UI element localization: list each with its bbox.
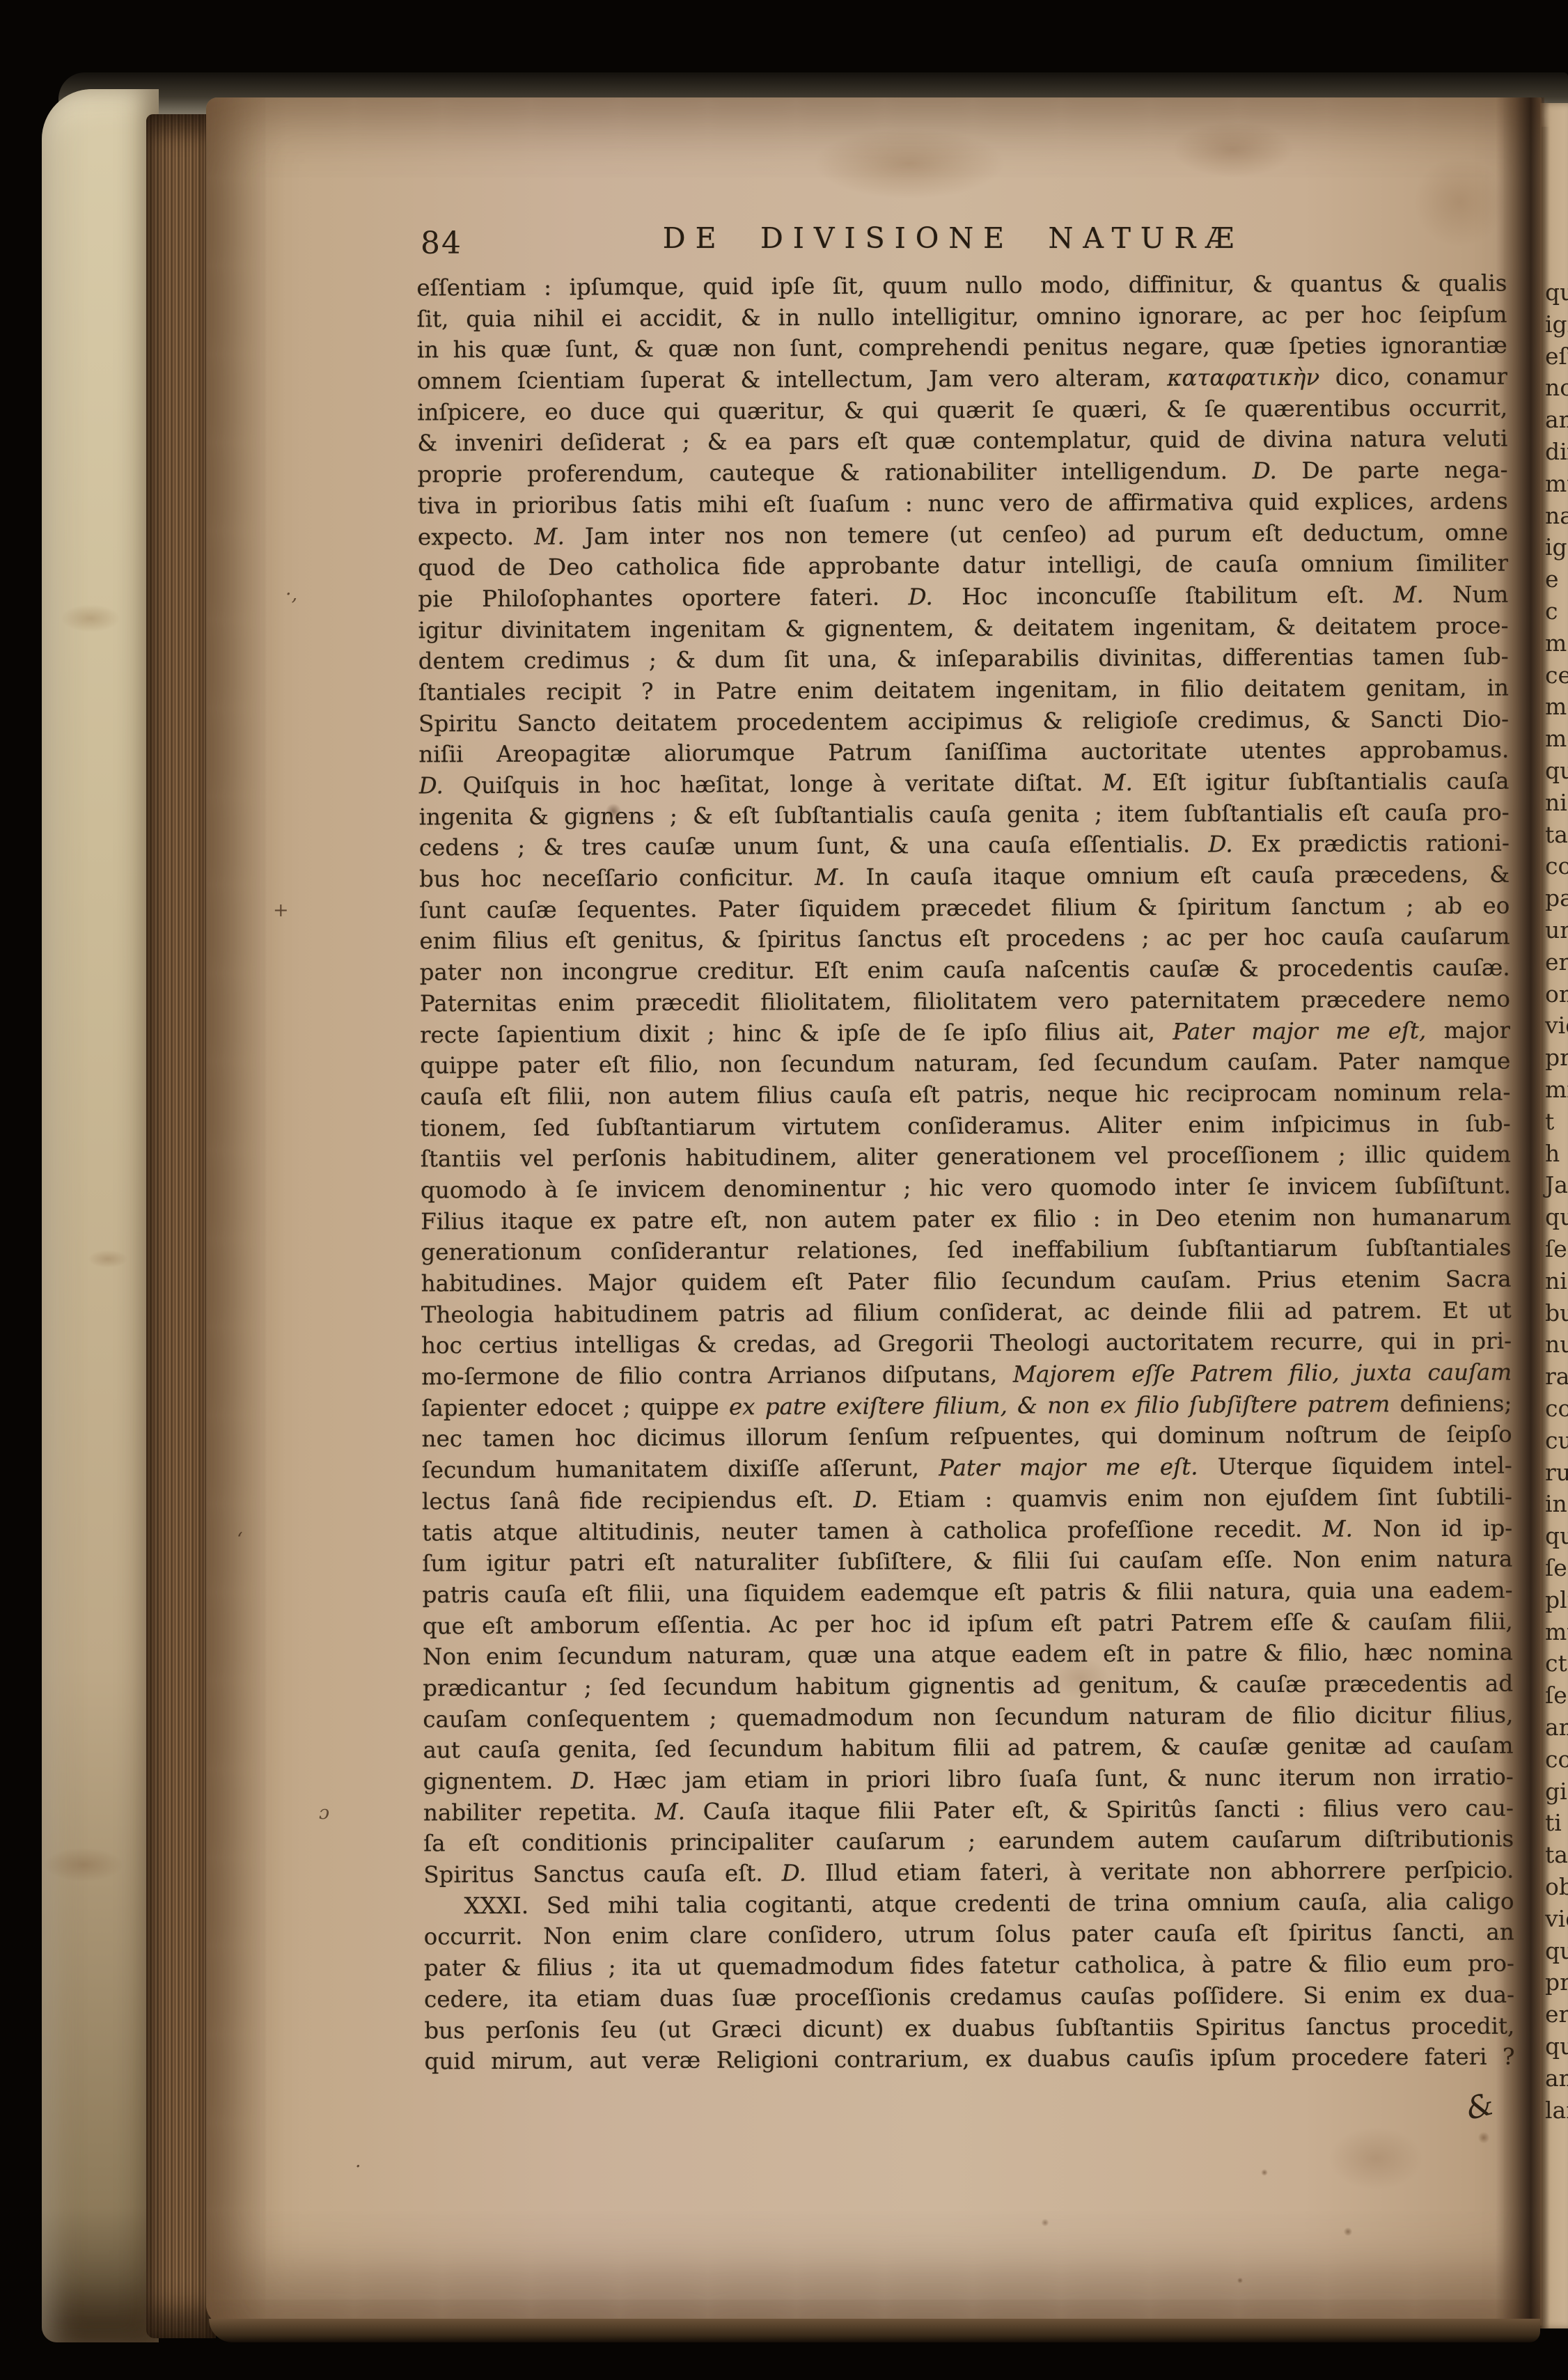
next-page-text-fragment: ig <box>1545 533 1568 561</box>
text-line: proprie proferendum, cauteque & rationab… <box>417 455 1507 491</box>
text-line: hoc certius intelligas & credas, ad Greg… <box>421 1326 1512 1362</box>
text-line: in his quæ ſunt, & quæ non ſunt, compreh… <box>417 330 1507 366</box>
text-line: & inveniri deſiderat ; & ea pars eſt quæ… <box>417 423 1507 460</box>
text-line: igitur divinitatem ingenitam & gignentem… <box>418 610 1508 646</box>
text-line: Spiritu Sancto deitatem procedentem acci… <box>418 703 1509 739</box>
text-line: ſa eſt conditionis principaliter cauſaru… <box>423 1824 1514 1860</box>
text-line: mo-ſermone de filio contra Arrianos diſp… <box>421 1357 1512 1393</box>
next-page-text-fragment: h <box>1545 1140 1568 1167</box>
gutter-fold-shadow <box>1496 97 1544 2326</box>
next-page-text-fragment: t <box>1545 1108 1568 1135</box>
next-page-text-fragment: ere <box>1545 2001 1568 2028</box>
text-line: prædicantur ; ſed ſecundum habitum gigne… <box>423 1668 1513 1705</box>
text-line: ſum igitur patri eſt naturaliter ſubſiſt… <box>422 1544 1512 1580</box>
book-photo: 84 DE DIVISIONE NATURÆ eſſentiam : ipſum… <box>0 0 1568 2380</box>
text-line: ſtantiis vel perſonis habitudinem, alite… <box>421 1139 1511 1175</box>
next-page-text-fragment: qu <box>1545 279 1568 306</box>
text-line: patris cauſa eſt filii, una ſiquidem ead… <box>422 1574 1512 1611</box>
next-page-text-fragment: mi <box>1545 1076 1568 1103</box>
text-line: quomodo à ſe invicem denominentur ; hic … <box>421 1171 1511 1207</box>
next-page-text-fragment: tat <box>1545 821 1568 848</box>
next-page-text-fragment: am, <box>1545 2065 1568 2092</box>
next-page-text-fragment: c <box>1545 597 1568 625</box>
margin-mark: ɔ <box>319 1802 329 1824</box>
next-page-text-fragment: mo <box>1545 725 1568 752</box>
text-line: niſii Areopagitæ aliorumque Patrum ſaniſ… <box>418 735 1509 771</box>
next-page-text-fragment: ſe <box>1545 1235 1568 1262</box>
text-line: inſpicere, eo duce qui quæritur, & qui q… <box>417 392 1507 428</box>
text-line: tiva in prioribus ſatis mihi eſt ſuaſum … <box>418 485 1508 522</box>
next-page-text-fragment: am. <box>1545 1714 1568 1741</box>
next-page-text-fragment: qu <box>1545 1522 1568 1549</box>
next-page-text-fragment: vid <box>1545 1012 1568 1039</box>
running-title: DE DIVISIONE NATURÆ <box>421 221 1486 255</box>
text-line: tionem, ſed ſubſtantiarum virtutem conſi… <box>421 1108 1511 1144</box>
text-line: ſtantiales recipit ? in Patre enim deita… <box>418 673 1509 709</box>
text-line: habitudines. Major quidem eſt Pater fili… <box>421 1264 1512 1300</box>
text-line: expecto. M. Jam inter nos non temere (ut… <box>418 517 1508 553</box>
margin-mark: ·, <box>285 584 297 605</box>
text-line: bus perſonis ſeu (ut Græci dicunt) ex du… <box>424 2010 1514 2046</box>
next-page-text-fragment: mu <box>1545 470 1568 497</box>
text-line: pater & filius ; ita ut quemadmodum fide… <box>424 1948 1514 1984</box>
next-page-text-fragment: pa <box>1545 884 1568 911</box>
text-line: tatis atque altitudinis, neuter tamen à … <box>422 1512 1512 1549</box>
text-line: omnem ſcientiam ſuperat & intellectum, J… <box>417 361 1507 398</box>
text-line: cauſam conſequentem ; quemadmodum non ſe… <box>423 1699 1513 1735</box>
text-line: pie Philoſophantes oportere fateri. D. H… <box>418 579 1508 615</box>
vellum-cover-edge <box>42 89 159 2342</box>
page-stack-fore-edge <box>146 114 216 2338</box>
next-page-text-fragment: Ja <box>1545 1171 1568 1198</box>
text-line: recte ſapientium dixit ; hinc & ipſe de … <box>420 1015 1510 1051</box>
next-page-text-fragment: co <box>1545 1395 1568 1422</box>
text-line: generationum conſiderantur relationes, ſ… <box>421 1232 1511 1269</box>
next-page-text-fragment: nor <box>1545 374 1568 401</box>
next-page-text-fragment: ru <box>1545 1459 1568 1486</box>
text-line: nec tamen hoc dicimus illorum ſenſum reſ… <box>422 1419 1512 1455</box>
next-page-text-fragment: igi <box>1545 311 1568 338</box>
next-page-text-fragment: me <box>1545 693 1568 720</box>
text-line: ſunt cauſæ ſequentes. Pater ſiquidem præ… <box>419 890 1510 926</box>
text-line: Filius itaque ex patre eſt, non autem pa… <box>421 1201 1511 1237</box>
next-page-text-fragment: eſt <box>1545 343 1568 370</box>
text-line: dentem credimus ; & dum ſit una, & inſep… <box>418 641 1509 678</box>
next-page-text-fragment: om <box>1545 980 1568 1008</box>
text-line: quod de Deo catholica fide approbante da… <box>418 548 1508 584</box>
text-line: eſſentiam : ipſumque, quid ipſe ſit, quu… <box>416 268 1507 304</box>
next-page-edge: quigieſtnoramdixmunaigecmcememoquanirtat… <box>1540 103 1568 2328</box>
text-line: enim filius eſt genitus, & ſpiritus ſanc… <box>419 921 1510 957</box>
text-line: occurrit. Non enim clare conſidero, utru… <box>424 1917 1514 1953</box>
next-page-text-fragment: gid <box>1545 1778 1568 1805</box>
next-page-text-fragment: bu <box>1545 1299 1568 1326</box>
next-page-text-fragment: e <box>1545 565 1568 593</box>
next-page-text-fragment: ra <box>1545 1363 1568 1390</box>
page-header: 84 DE DIVISIONE NATURÆ <box>421 221 1511 260</box>
text-line: que eſt amborum eſſentia. Ac per hoc id … <box>423 1606 1513 1642</box>
text-line: pater non incongrue creditur. Eſt enim c… <box>420 953 1510 989</box>
next-page-text-fragment: dix <box>1545 438 1568 465</box>
next-page-text-fragment: ob <box>1545 1873 1568 1900</box>
next-page-text-fragment: in <box>1545 1490 1568 1517</box>
text-line: ſecundum humanitatem dixiſſe aſſerunt, P… <box>422 1450 1512 1487</box>
next-page-text-fragment: ere <box>1545 948 1568 976</box>
margin-mark: + <box>273 900 289 921</box>
text-line: XXXI. Sed mihi talia cogitanti, atque cr… <box>423 1886 1514 1922</box>
next-page-text-fragment: na <box>1545 502 1568 529</box>
next-page-text-fragment: ti <box>1545 1809 1568 1836</box>
next-page-text-fragment: qu <box>1545 1203 1568 1230</box>
text-line: nabiliter repetita. M. Cauſa itaque fili… <box>423 1792 1514 1829</box>
text-line: lectus ſanâ fide recipiendus eſt. D. Eti… <box>422 1481 1512 1517</box>
margin-mark: ʻ <box>237 1529 243 1551</box>
next-page-text-fragment: plic <box>1545 1586 1568 1613</box>
next-page-text-fragment: ſed <box>1545 1554 1568 1581</box>
body-text: eſſentiam : ipſumque, quid ipſe ſit, quu… <box>416 268 1514 2092</box>
text-line: ingenita & gignens ; & eſt ſubſtantialis… <box>419 797 1510 833</box>
next-page-text-fragment: mu <box>1545 1618 1568 1645</box>
next-page-text-fragment: larg <box>1545 2097 1568 2124</box>
next-page-text-fragment: am <box>1545 406 1568 433</box>
text-line: D. Quiſquis in hoc hæſitat, longe à veri… <box>418 766 1509 802</box>
text-line: Theologia habitudinem patris ad filium c… <box>421 1294 1512 1331</box>
next-page-text-fragment: qu <box>1545 1937 1568 1964</box>
text-line: cedens ; & tres cauſæ unum ſunt, & una c… <box>419 828 1510 864</box>
text-line: aut cauſa genita, ſed ſecundum habitum f… <box>423 1730 1513 1767</box>
next-page-text-fragment: ce <box>1545 661 1568 689</box>
next-page-text-fragment: nu <box>1545 1331 1568 1358</box>
next-page-text-fragment: ctiſſ <box>1545 1650 1568 1677</box>
next-page-text-fragment: vid <box>1545 1905 1568 1932</box>
text-line: Paternitas enim præcedit filiolitatem, f… <box>420 983 1510 1019</box>
text-line: Non enim ſecundum naturam, quæ una atque… <box>423 1637 1513 1673</box>
next-page-text-fragment: con <box>1545 1746 1568 1773</box>
next-page-text-fragment: pro <box>1545 1968 1568 1996</box>
next-page-text-fragment: ta <box>1545 1841 1568 1868</box>
next-page-text-fragment: un <box>1545 916 1568 944</box>
next-page-text-fragment: m <box>1545 629 1568 657</box>
next-page-text-fragment: ſem <box>1545 1682 1568 1709</box>
next-page-text-fragment: ni <box>1545 1267 1568 1294</box>
text-line: ſapienter edocet ; quippe ex patre exiſt… <box>421 1388 1512 1424</box>
text-line: bus hoc neceſſario conficitur. M. In cau… <box>419 859 1510 895</box>
text-line: cedere, ita etiam duas ſuæ proceſſionis … <box>424 1979 1514 2015</box>
text-line: Spiritus Sanctus cauſa eſt. D. Illud eti… <box>423 1855 1514 1891</box>
next-page-text-fragment: qua <box>1545 757 1568 784</box>
book-bottom-edge <box>209 2319 1540 2342</box>
next-page-text-fragment: nir <box>1545 789 1568 816</box>
margin-mark: · <box>355 2156 361 2177</box>
text-line: quippe pater eſt filio, non ſecundum nat… <box>420 1046 1510 1082</box>
text-line: quid mirum, aut veræ Religioni contrariu… <box>424 2042 1514 2078</box>
next-page-text-fragment: co <box>1545 852 1568 879</box>
next-page-text-fragment: pri <box>1545 1044 1568 1071</box>
text-line: ſit, quia nihil ei accidit, & in nullo i… <box>417 299 1507 335</box>
next-page-text-fragment: cu <box>1545 1427 1568 1454</box>
next-page-text-fragment: que <box>1545 2033 1568 2060</box>
text-line: cauſa eſt filii, non autem filius cauſa … <box>420 1077 1510 1113</box>
text-line: gignentem. D. Hæc jam etiam in priori li… <box>423 1762 1514 1798</box>
